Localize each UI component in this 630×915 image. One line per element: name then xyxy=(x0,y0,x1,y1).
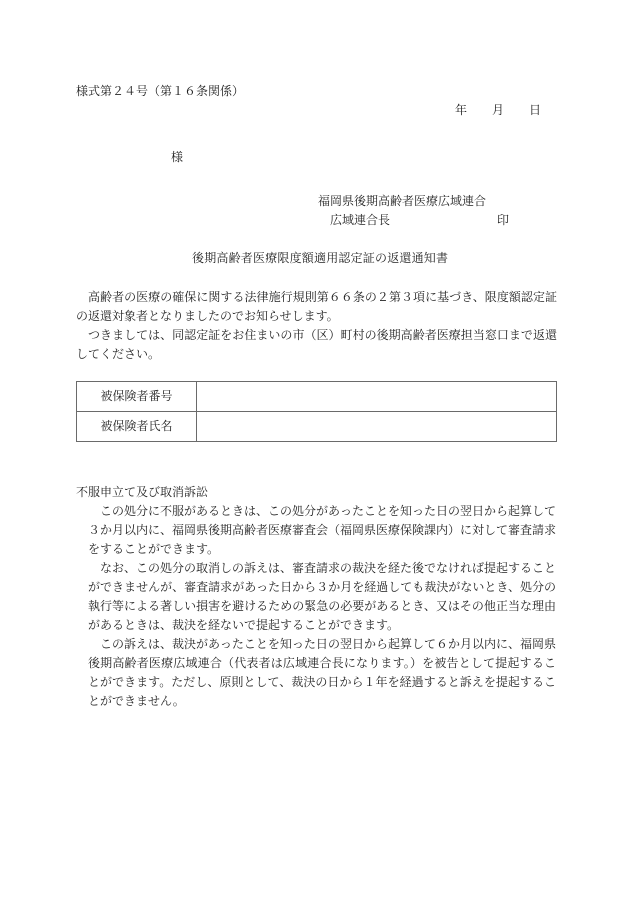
recipient-suffix: 様 xyxy=(171,148,183,167)
date-line: 年月日 xyxy=(455,101,541,120)
insured-name-value xyxy=(197,412,557,442)
insured-name-label: 被保険者氏名 xyxy=(77,412,197,442)
issuer-title: 広域連合長 xyxy=(330,211,390,230)
appeal-paragraph: この訴えは、裁決があったことを知った日の翌日から起算して６か月以内に、福岡県後期… xyxy=(88,635,556,711)
appeal-paragraph: なお、この処分の取消しの訴えは、審査請求の裁決を経た後でなければ提起することがで… xyxy=(88,559,556,635)
insured-info-table: 被保険者番号 被保険者氏名 xyxy=(76,381,557,442)
form-number: 様式第２４号（第１６条関係） xyxy=(76,82,244,101)
issuer-organization: 福岡県後期高齢者医療広域連合 xyxy=(318,192,486,211)
insured-number-value xyxy=(197,382,557,412)
body-paragraph: 高齢者の医療の確保に関する法律施行規則第６６条の２第３項に基づき、限度額認定証の… xyxy=(76,288,557,326)
body-paragraph: つきましては、同認定証をお住まいの市（区）町村の後期高齢者医療担当窓口まで返還し… xyxy=(76,326,557,364)
date-year-label: 年 xyxy=(455,101,467,120)
insured-number-label: 被保険者番号 xyxy=(77,382,197,412)
appeal-heading: 不服申立て及び取消訴訟 xyxy=(76,483,208,502)
date-day-label: 日 xyxy=(529,101,541,120)
seal-mark: 印 xyxy=(497,211,509,230)
table-row: 被保険者氏名 xyxy=(77,412,557,442)
appeal-paragraph: この処分に不服があるときは、この処分があったことを知った日の翌日から起算して３か… xyxy=(88,502,556,559)
document-title: 後期高齢者医療限度額適用認定証の返還通知書 xyxy=(192,249,448,268)
table-row: 被保険者番号 xyxy=(77,382,557,412)
date-month-label: 月 xyxy=(492,101,504,120)
